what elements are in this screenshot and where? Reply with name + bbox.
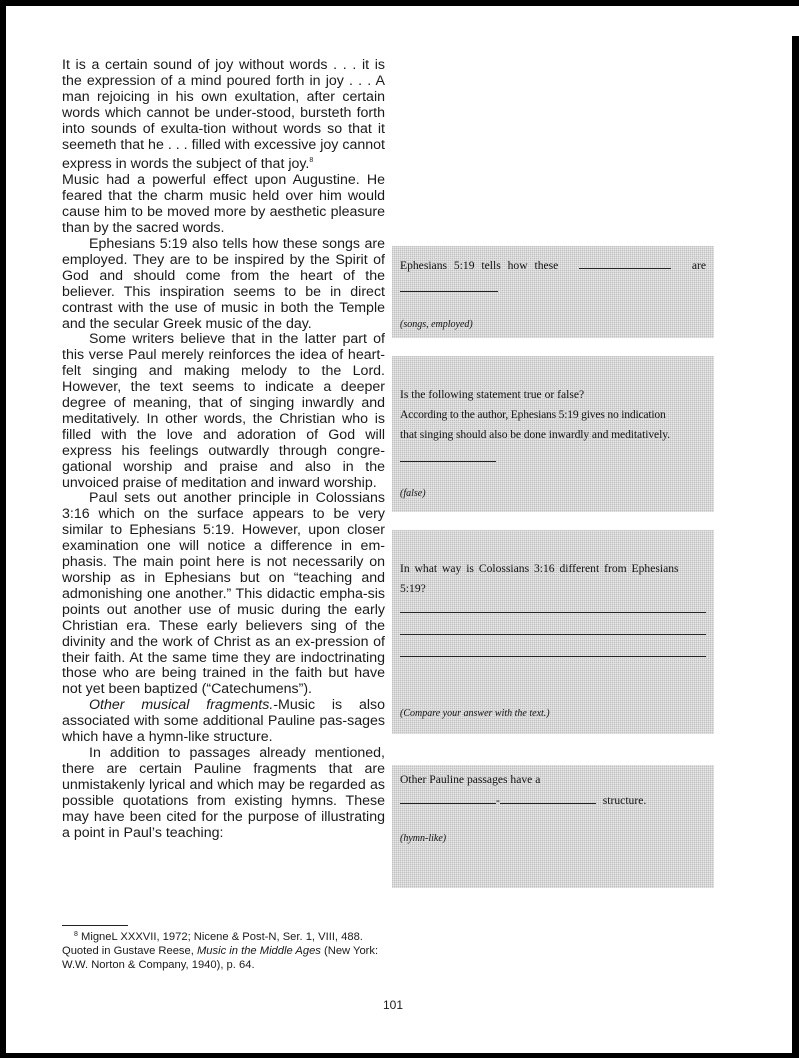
paragraph-writers: Some writers believe that in the latter … [62, 332, 385, 491]
scan-frame-right [792, 36, 799, 1058]
hyphen: - [496, 794, 500, 807]
block-quote: It is a certain sound of joy without wor… [62, 58, 385, 173]
study-question-line: Ephesians 5:19 tells how these are [400, 259, 706, 272]
scan-frame-top [0, 0, 799, 6]
study-answer: (songs, employed) [400, 319, 473, 330]
question-line-1: Other Pauline passages have a [400, 773, 706, 786]
footnote-number: 8 [74, 931, 78, 938]
main-text-column: It is a certain sound of joy without wor… [62, 58, 385, 841]
study-answer: (hymn-like) [400, 833, 446, 844]
answer-blank[interactable] [579, 267, 671, 269]
footnote-book-title: Music in the Middle Ages [197, 945, 321, 957]
study-box-songs-employed: Ephesians 5:19 tells how these are (song… [392, 246, 714, 338]
question-line-2: According to the author, Ephesians 5:19 … [400, 408, 706, 421]
question-line-2: 5:19? [400, 582, 706, 595]
study-box-colossians: In what way is Colossians 3:16 different… [392, 530, 714, 734]
question-line-1: Is the following statement true or false… [400, 388, 706, 401]
question-text: Ephesians 5:19 tells how these [400, 259, 558, 272]
answer-blank[interactable] [500, 802, 596, 804]
answer-blank[interactable] [400, 802, 496, 804]
answer-blank[interactable] [400, 460, 496, 462]
question-line-2: - structure. [400, 794, 706, 807]
subsection-heading: Other musical fragments. [89, 697, 273, 713]
study-answer: (Compare your answer with the text.) [400, 708, 550, 719]
blank-line-row [400, 282, 706, 295]
paragraph-pauline-fragments: In addition to passages already mentione… [62, 746, 385, 841]
scan-frame-bottom [0, 1053, 799, 1058]
answer-line[interactable] [400, 656, 706, 657]
study-answer: (false) [400, 488, 426, 499]
question-text-end: are [692, 259, 706, 272]
study-box-hymn-like: Other Pauline passages have a - structur… [392, 765, 714, 888]
footnote-divider [62, 925, 128, 926]
footnote-ref: 8 [309, 157, 313, 164]
study-box-true-false: Is the following statement true or false… [392, 356, 714, 512]
paragraph-ephesians: Ephesians 5:19 also tells how these song… [62, 237, 385, 332]
page-number: 101 [383, 998, 403, 1012]
paragraph-musical-fragments: Other musical fragments.-Music is also a… [62, 698, 385, 746]
question-text-end: structure. [603, 794, 646, 807]
answer-line[interactable] [400, 612, 706, 613]
scan-frame-left [0, 0, 6, 1058]
answer-blank[interactable] [400, 290, 498, 292]
question-line-3: that singing should also be done inwardl… [400, 428, 706, 441]
paragraph-augustine: Music had a powerful effect upon Augusti… [62, 173, 385, 237]
question-line-1: In what way is Colossians 3:16 different… [400, 562, 706, 575]
blank-line-row [400, 452, 706, 465]
paragraph-colossians: Paul sets out another principle in Colos… [62, 491, 385, 698]
block-quote-text: It is a certain sound of joy without wor… [62, 57, 385, 172]
answer-line[interactable] [400, 634, 706, 635]
footnote: 8 MigneL XXXVII, 1972; Nicene & Post-N, … [62, 928, 388, 972]
